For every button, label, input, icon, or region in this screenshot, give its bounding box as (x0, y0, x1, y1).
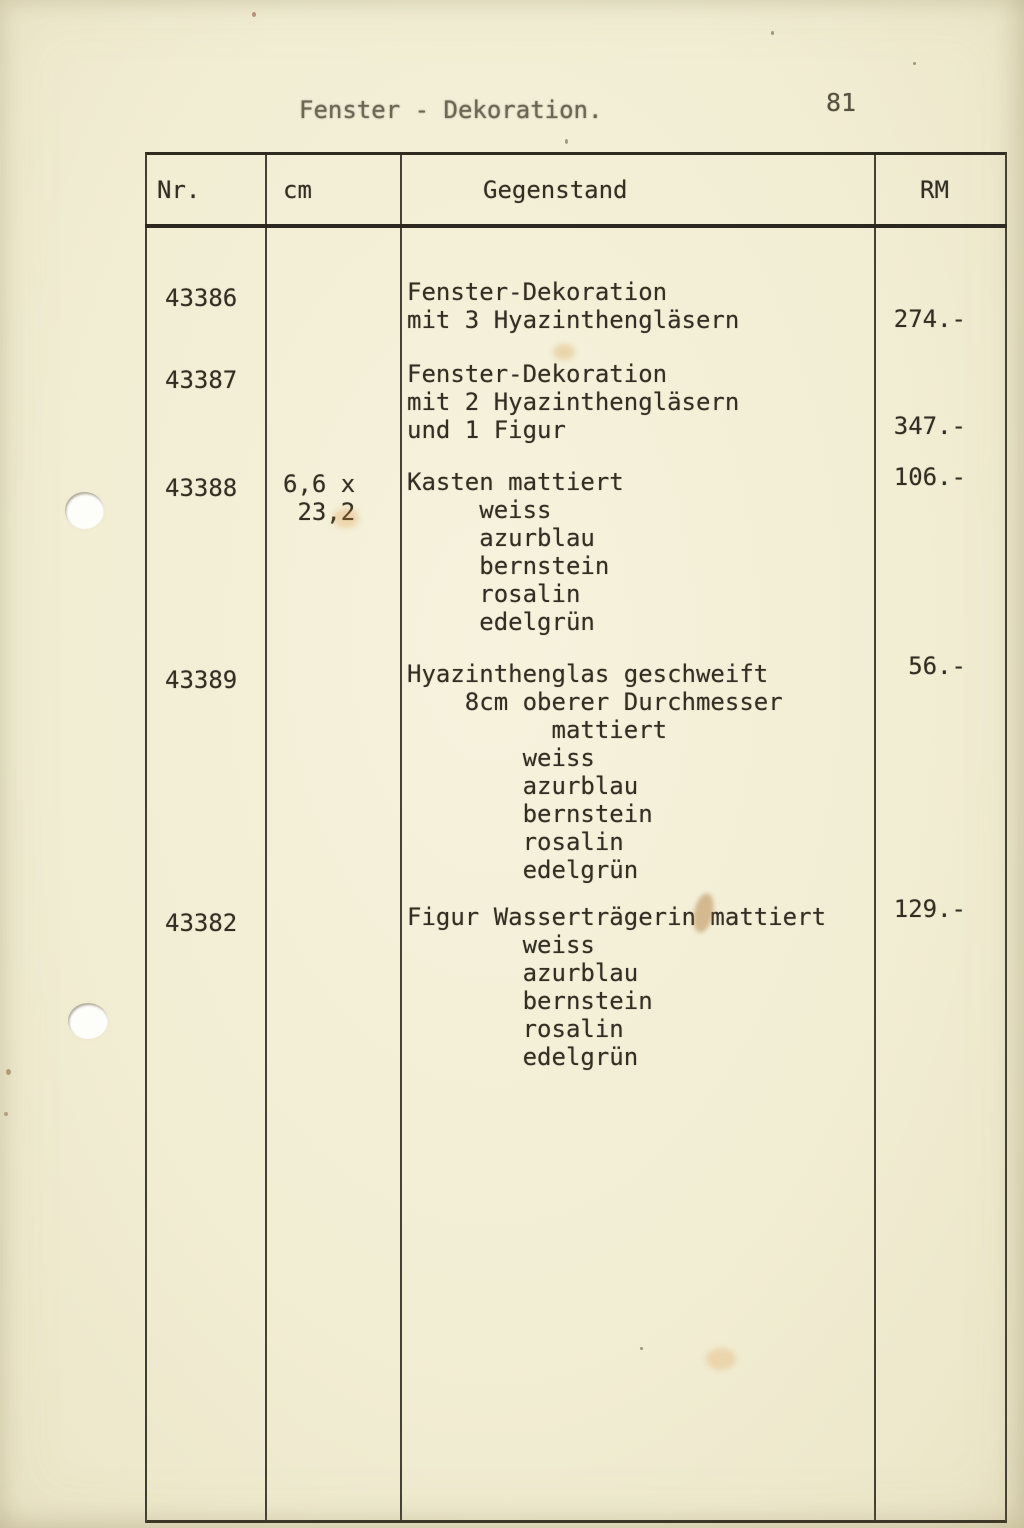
nr-cell: 43382 (165, 909, 237, 937)
column-divider-gegenstand-rm (874, 155, 876, 1520)
speck (771, 31, 774, 35)
cm-cell: 6,6 x 23,2 (283, 470, 355, 526)
speck (565, 139, 568, 144)
nr-cell: 43387 (165, 366, 237, 394)
price-table: Nr. cm Gegenstand RM 43386 Fenster-Dekor… (145, 152, 1007, 1523)
column-header-rm: RM (920, 176, 949, 204)
header-divider (145, 224, 1007, 228)
scanned-catalog-page: Fenster - Dekoration. 81 Nr. cm Gegensta… (0, 0, 1024, 1528)
column-divider-cm-gegenstand (400, 155, 402, 1520)
gegenstand-cell: Figur Wasserträgerin mattiert weiss azur… (407, 903, 826, 1071)
price-cell: 56.- (874, 652, 966, 680)
price-cell: 106.- (874, 463, 966, 491)
price-cell: 347.- (874, 412, 966, 440)
gegenstand-cell: Kasten mattiert weiss azurblau bernstein… (407, 468, 624, 636)
page-number: 81 (826, 88, 856, 117)
speck (252, 12, 256, 17)
punch-hole (65, 492, 104, 529)
nr-cell: 43389 (165, 666, 237, 694)
speck (913, 62, 916, 65)
column-divider-nr-cm (265, 155, 267, 1520)
price-cell: 274.- (874, 305, 966, 333)
page-title: Fenster - Dekoration. (299, 96, 602, 124)
punch-hole (68, 1003, 108, 1039)
gegenstand-cell: Fenster-Dekoration mit 2 Hyazinthengläse… (407, 360, 739, 444)
column-header-cm: cm (283, 176, 312, 204)
column-header-nr: Nr. (157, 176, 200, 204)
speck (4, 1112, 8, 1116)
column-header-gegenstand: Gegenstand (483, 176, 628, 204)
price-cell: 129.- (874, 895, 966, 923)
gegenstand-cell: Hyazinthenglas geschweift 8cm oberer Dur… (407, 660, 783, 884)
nr-cell: 43388 (165, 474, 237, 502)
nr-cell: 43386 (165, 284, 237, 312)
gegenstand-cell: Fenster-Dekoration mit 3 Hyazinthengläse… (407, 278, 739, 334)
speck (6, 1069, 11, 1075)
